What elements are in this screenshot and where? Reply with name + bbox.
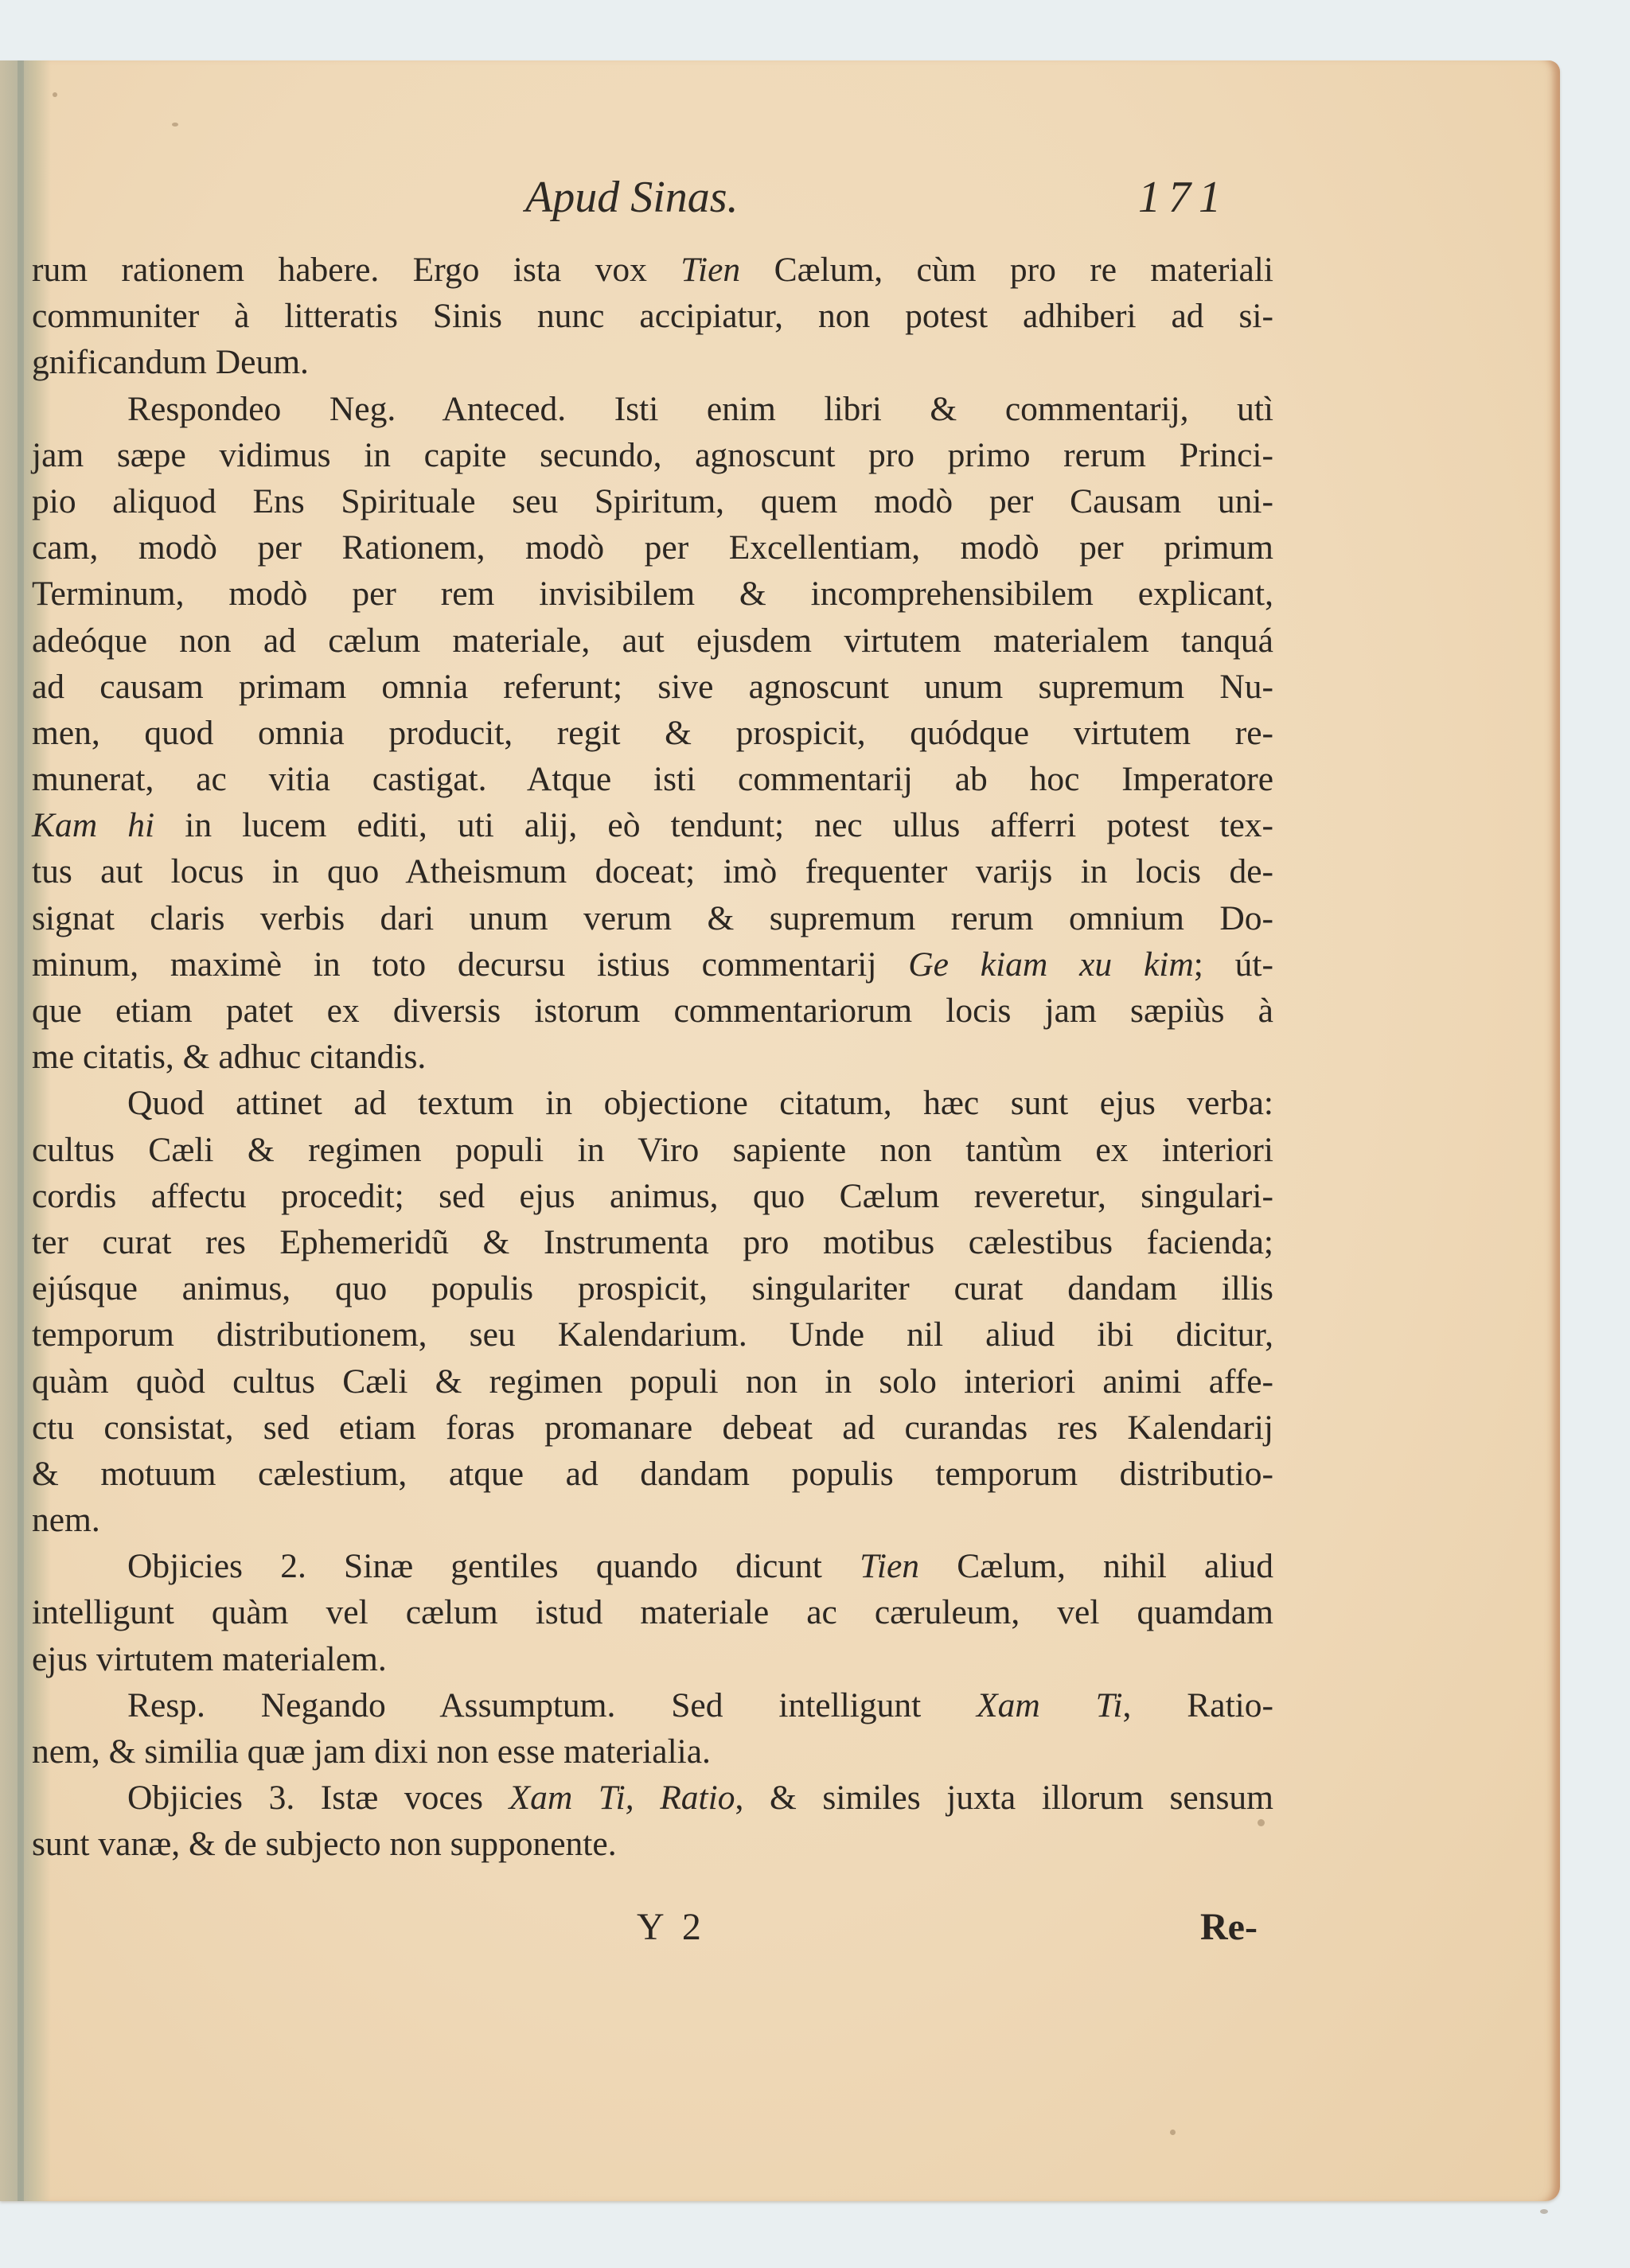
text-line: temporum distributionem, seu Kalendarium… [32, 1311, 1273, 1358]
text-line: gnificandum Deum. [32, 339, 1273, 385]
running-head-title: Apud Sinas. [525, 172, 739, 223]
italic-term: Xam Ti [977, 1686, 1122, 1724]
text-line: intelligunt quàm vel cælum istud materia… [32, 1589, 1273, 1635]
body-text: rum rationem habere. Ergo ista vox Tien … [32, 247, 1273, 1868]
foxing-spot [172, 123, 178, 127]
text-line: ejúsque animus, quo populis prospicit, s… [32, 1265, 1273, 1311]
italic-term: Tien [860, 1547, 919, 1585]
foxing-spot [1540, 2209, 1548, 2214]
text-line: sunt vanæ, & de subjecto non supponente. [32, 1821, 1273, 1867]
text-line: jam sæpe vidimus in capite secundo, agno… [32, 432, 1273, 478]
text-line: cultus Cæli & regimen populi in Viro sap… [32, 1127, 1273, 1173]
text-line: ctu consistat, sed etiam foras promanare… [32, 1405, 1273, 1451]
text-line: Objicies 2. Sinæ gentiles quando dicunt … [32, 1543, 1273, 1589]
text-line: ad causam primam omnia referunt; sive ag… [32, 664, 1273, 710]
text-line: pio aliquod Ens Spirituale seu Spiritum,… [32, 478, 1273, 524]
running-head: Apud Sinas. 171 [0, 172, 1560, 228]
gutter-shadow [18, 60, 24, 2201]
text-line: Respondeo Neg. Anteced. Isti enim libri … [32, 386, 1273, 432]
italic-term: Xam Ti, Ratio [509, 1779, 735, 1817]
signature-mark: Y 2 [637, 1905, 706, 1949]
text-line: signat claris verbis dari unum verum & s… [32, 895, 1273, 941]
text-line: minum, maximè in toto decursu istius com… [32, 941, 1273, 988]
text-line: Quod attinet ad textum in objectione cit… [32, 1080, 1273, 1126]
text-line: rum rationem habere. Ergo ista vox Tien … [32, 247, 1273, 293]
text-line: men, quod omnia producit, regit & prospi… [32, 710, 1273, 756]
text-line: & motuum cælestium, atque ad dandam popu… [32, 1451, 1273, 1497]
foxing-spot [53, 92, 57, 97]
italic-term: Ge kiam xu kim [908, 945, 1194, 984]
page-number: 171 [1138, 172, 1229, 223]
text-line: adeóque non ad cælum materiale, aut ejus… [32, 618, 1273, 664]
text-line: ejus virtutem materialem. [32, 1636, 1273, 1682]
text-line: me citatis, & adhuc citandis. [32, 1034, 1273, 1080]
text-line: Kam hi in lucem editi, uti alij, eò tend… [32, 802, 1273, 848]
text-line: que etiam patet ex diversis istorum comm… [32, 988, 1273, 1034]
text-line: munerat, ac vitia castigat. Atque isti c… [32, 756, 1273, 802]
text-line: quàm quòd cultus Cæli & regimen populi n… [32, 1358, 1273, 1405]
text-line: communiter à litteratis Sinis nunc accip… [32, 293, 1273, 339]
text-line: Terminum, modò per rem invisibilem & inc… [32, 571, 1273, 617]
italic-term: Kam hi [32, 806, 154, 844]
text-line: Objicies 3. Istæ voces Xam Ti, Ratio, & … [32, 1775, 1273, 1821]
catchword: Re- [1200, 1905, 1258, 1949]
text-line: nem. [32, 1497, 1273, 1543]
text-line: tus aut locus in quo Atheismum doceat; i… [32, 848, 1273, 894]
foxing-spot [1170, 2130, 1176, 2135]
text-line: cam, modò per Rationem, modò per Excelle… [32, 524, 1273, 571]
italic-term: Tien [680, 251, 740, 289]
text-line: nem, & similia quæ jam dixi non esse mat… [32, 1728, 1273, 1775]
text-line: Resp. Negando Assumptum. Sed intelligunt… [32, 1682, 1273, 1728]
text-line: ter curat res Ephemeridũ & Instrumenta p… [32, 1219, 1273, 1265]
text-line: cordis affectu procedit; sed ejus animus… [32, 1173, 1273, 1219]
book-page: Apud Sinas. 171 rum rationem habere. Erg… [0, 60, 1560, 2201]
